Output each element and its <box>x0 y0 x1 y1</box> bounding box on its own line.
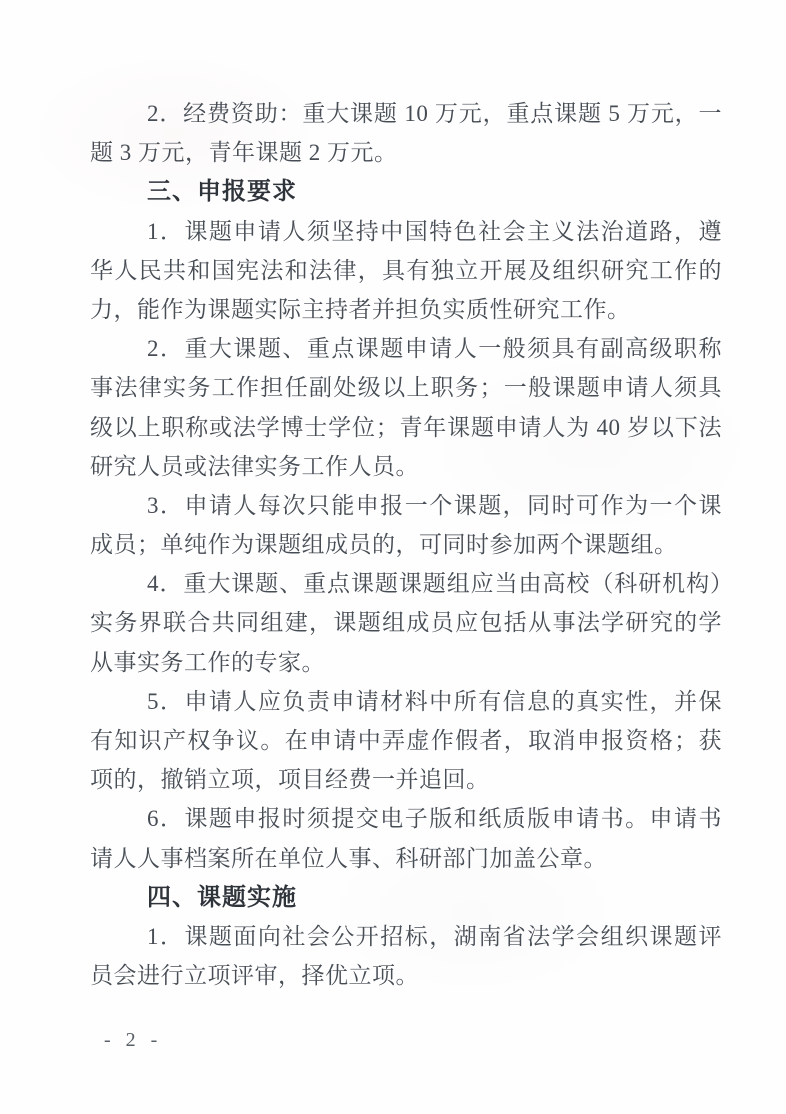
text-line: 项的，撤销立项，项目经费一并追回。 <box>90 760 722 799</box>
text-line: 从事实务工作的专家。 <box>90 643 722 682</box>
text-line: 华人民共和国宪法和法律，具有独立开展及组织研究工作的能 <box>90 251 722 290</box>
text-line: 员会进行立项评审，择优立项。 <box>90 956 722 995</box>
text-line: 6．课题申报时须提交电子版和纸质版申请书。申请书由申 <box>90 799 722 838</box>
section-heading-4: 四、课题实施 <box>90 878 722 917</box>
text-line: 成员；单纯作为课题组成员的，可同时参加两个课题组。 <box>90 525 722 564</box>
text-line: 题 3 万元，青年课题 2 万元。 <box>90 133 722 172</box>
text-line: 有知识产权争议。在申请中弄虚作假者，取消申报资格；获准立 <box>90 721 722 760</box>
text-line: 事法律实务工作担任副处级以上职务；一般课题申请人须具有中 <box>90 368 722 407</box>
text-line: 1．课题申请人须坚持中国特色社会主义法治道路，遵守中 <box>90 212 722 251</box>
text-line: 力，能作为课题实际主持者并担负实质性研究工作。 <box>90 290 722 329</box>
text-line: 研究人员或法律实务工作人员。 <box>90 447 722 486</box>
scanned-document-page: 2．经费资助：重大课题 10 万元，重点课题 5 万元，一般课 题 3 万元，青… <box>0 0 786 1114</box>
document-body: 2．经费资助：重大课题 10 万元，重点课题 5 万元，一般课 题 3 万元，青… <box>90 94 722 995</box>
section-heading-3: 三、申报要求 <box>90 172 722 211</box>
text-line: 1．课题面向社会公开招标，湖南省法学会组织课题评审委 <box>90 917 722 956</box>
text-line: 实务界联合共同组建，课题组成员应包括从事法学研究的学者和 <box>90 603 722 642</box>
text-line: 2．经费资助：重大课题 10 万元，重点课题 5 万元，一般课 <box>90 94 722 133</box>
text-line: 3．申请人每次只能申报一个课题，同时可作为一个课题组 <box>90 486 722 525</box>
text-line: 5．申请人应负责申请材料中所有信息的真实性，并保证没 <box>90 682 722 721</box>
page-number: - 2 - <box>104 1027 162 1053</box>
text-line: 4．重大课题、重点课题课题组应当由高校（科研机构）与 <box>90 564 722 603</box>
text-line: 级以上职称或法学博士学位；青年课题申请人为 40 岁以下法学 <box>90 408 722 447</box>
text-line: 请人人事档案所在单位人事、科研部门加盖公章。 <box>90 839 722 878</box>
text-line: 2．重大课题、重点课题申请人一般须具有副高级职称或从 <box>90 329 722 368</box>
